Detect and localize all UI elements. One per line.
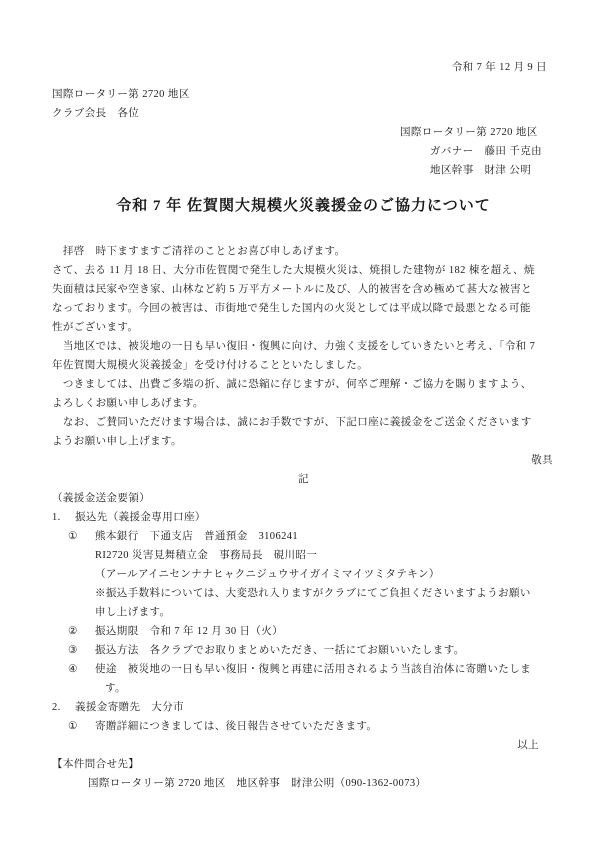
list-marker: ① [68, 527, 95, 546]
remittance-list-line: 2.義援金寄贈先 大分市 [52, 698, 555, 717]
recipient-block: 国際ロータリー第 2720 地区 クラブ会長 各位 [52, 85, 555, 123]
list-text: 申し上げます。 [95, 607, 170, 618]
body-text-line: つきましては、出費ご多端の折、誠に恐縮に存じますが、何卒ご理解・ご協力を賜ります… [52, 375, 555, 394]
letter-content: 令和 7 年 12 月 9 日 国際ロータリー第 2720 地区 クラブ会長 各… [52, 58, 555, 793]
list-text: ※振込手数料については、大変恐れ入りますがクラブにてご負担くださいますようお願い [95, 588, 531, 599]
recipient-addressee: クラブ会長 各位 [52, 104, 555, 123]
remittance-list-line: ①寄贈詳細につきましては、後日報告させていただきます。 [52, 717, 555, 736]
list-text: 振込期限 令和 7 年 12 月 30 日（火） [95, 626, 283, 637]
sender-block: 国際ロータリー第 2720 地区 ガバナー 藤田 千克由 地区幹事 財津 公明 [400, 123, 555, 180]
record-marker-ki: 記 [52, 470, 555, 489]
remittance-list-line: RI2720 災害見舞積立金 事務局長 硯川昭一 [52, 546, 555, 565]
list-text: 熊本銀行 下通支店 普通預金 3106241 [95, 531, 298, 542]
sender-governor: ガバナー 藤田 千克由 [400, 142, 555, 161]
remittance-list-line: 1.振込先（義援金専用口座） [52, 508, 555, 527]
date-line: 令和 7 年 12 月 9 日 [52, 58, 555, 77]
remittance-list-line: ※振込手数料については、大変恐れ入りますがクラブにてご負担くださいますようお願い [52, 584, 555, 603]
list-text: （アールアイニセンナナヒャクニジュウサイガイミマイツミタテキン） [95, 569, 440, 580]
remittance-list-line: 申し上げます。 [52, 603, 555, 622]
body-text-line: 当地区では、被災地の一日も早い復旧・復興に向け、力強く支援をしていきたいと考え、… [52, 337, 555, 356]
end-marker-ijou: 以上 [52, 736, 555, 755]
list-text: す。 [105, 683, 126, 694]
letter-body: 拝啓 時下ますますご清祥のこととお喜び申しあげます。さて、去る 11 月 18 … [52, 242, 555, 451]
remittance-list-line: ③振込方法 各クラブでお取りまとめいただき、一括にてお願いいたします。 [52, 641, 555, 660]
contact-detail: 国際ロータリー第 2720 地区 地区幹事 財津公明（090-1362-0073… [52, 774, 555, 793]
body-text-line: なお、ご賛同いただけます場合は、誠にお手数ですが、下記口座に義援金をご送金くださ… [52, 413, 555, 432]
remittance-instructions: （義援金送金要領）1.振込先（義援金専用口座）①熊本銀行 下通支店 普通預金 3… [52, 489, 555, 736]
recipient-district: 国際ロータリー第 2720 地区 [52, 85, 555, 104]
remittance-list-line: ②振込期限 令和 7 年 12 月 30 日（火） [52, 622, 555, 641]
list-marker: ① [68, 717, 95, 736]
body-text-line: ようお願い申し上げます。 [52, 432, 555, 451]
closing-keigu: 敬具 [52, 451, 555, 470]
sender-district: 国際ロータリー第 2720 地区 [400, 123, 555, 142]
remittance-list-line: ①熊本銀行 下通支店 普通預金 3106241 [52, 527, 555, 546]
contact-heading: 【本件問合せ先】 [52, 755, 555, 774]
remittance-list-line: ④使途 被災地の一日も早い復旧・復興と再建に活用されるよう当該自治体に寄贈いたし… [52, 660, 555, 679]
list-text: 義援金寄贈先 大分市 [75, 702, 184, 713]
body-text-line: なっております。今回の被害は、市街地で発生した国内の火災としては平成以降で最悪と… [52, 299, 555, 318]
sender-secretary: 地区幹事 財津 公明 [400, 161, 555, 180]
list-marker: ② [68, 622, 95, 641]
body-text-line: 性がございます。 [52, 318, 555, 337]
list-text: （義援金送金要領） [52, 493, 150, 504]
body-text-line: よろしくお願い申しあげます。 [52, 394, 555, 413]
list-text: 振込先（義援金専用口座） [75, 512, 206, 523]
list-text: RI2720 災害見舞積立金 事務局長 硯川昭一 [95, 550, 317, 561]
list-text: 寄贈詳細につきましては、後日報告させていただきます。 [95, 721, 377, 732]
list-marker: 1. [52, 508, 75, 527]
remittance-list-line: す。 [52, 679, 555, 698]
document-title: 令和 7 年 佐賀関大規模火災義援金のご協力について [52, 194, 555, 218]
body-text-line: 年佐賀関大規模火災義援金」を受け付けることといたしました。 [52, 356, 555, 375]
list-marker: ③ [68, 641, 95, 660]
remittance-list-line: （アールアイニセンナナヒャクニジュウサイガイミマイツミタテキン） [52, 565, 555, 584]
body-text-line: さて、去る 11 月 18 日、大分市佐賀関で発生した大規模火災は、焼損した建物… [52, 261, 555, 280]
list-text: 振込方法 各クラブでお取りまとめいただき、一括にてお願いいたします。 [95, 645, 465, 656]
letter-page: 令和 7 年 12 月 9 日 国際ロータリー第 2720 地区 クラブ会長 各… [0, 0, 595, 842]
list-marker: 2. [52, 698, 75, 717]
body-text-line: 拝啓 時下ますますご清祥のこととお喜び申しあげます。 [52, 242, 555, 261]
body-text-line: 失面積は民家や空き家、山林など約 5 万平方メートルに及び、人的被害を含め極めて… [52, 280, 555, 299]
list-marker: ④ [68, 660, 95, 679]
list-text: 使途 被災地の一日も早い復旧・復興と再建に活用されるよう当該自治体に寄贈いたしま [95, 664, 531, 675]
remittance-list-line: （義援金送金要領） [52, 489, 555, 508]
